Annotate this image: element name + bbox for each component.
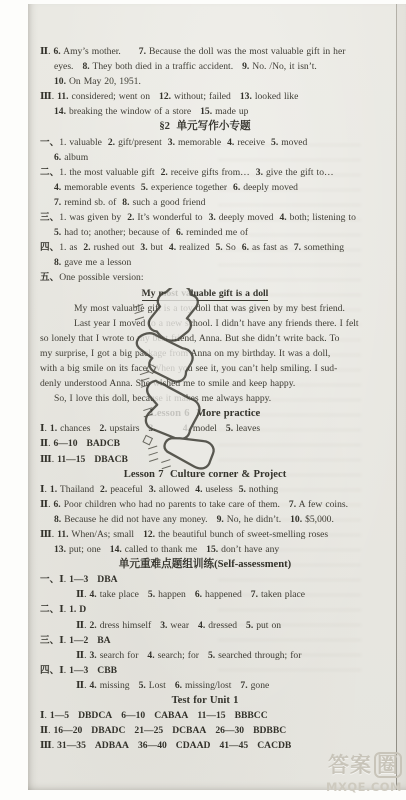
section-heading: 单元重难点题组训练(Self-assessment)	[40, 557, 370, 572]
answer-line: 14. breaking the window of a store 15. m…	[54, 104, 370, 119]
answer-line: 二、1. the most valuable gift 2. receive g…	[40, 165, 370, 180]
answer-line: 8. gave me a lesson	[54, 255, 370, 270]
answer-line: Ⅲ. 11. When/As; small 12. the beautiful …	[40, 527, 370, 542]
essay-title: My most valuable gift is a doll	[40, 286, 370, 301]
answer-line: 4. memorable events 5. experience togeth…	[54, 180, 370, 195]
answer-line: Ⅱ. 6—10 BADCB	[40, 436, 370, 451]
answer-line: 五、One possible version:	[40, 270, 370, 285]
answer-line: Ⅱ. 4. take place 5. happen 6. happened 7…	[76, 587, 370, 602]
answer-line: 一、1. valuable 2. gift/present 3. memorab…	[40, 135, 370, 150]
section-heading: Test for Unit 1	[40, 693, 370, 708]
watermark-circle-char: 圈	[374, 752, 402, 778]
answer-line: my surprise, I got a big package from An…	[40, 346, 370, 361]
answer-line: Ⅲ. 31—35 ADBAA 36—40 CDAAD 41—45 CACDB	[40, 738, 370, 753]
scanned-page-screenshot: Ⅱ. 6. Amy’s mother. 7. Because the doll …	[0, 0, 406, 800]
answer-line: So, I love this doll, because it makes m…	[54, 391, 370, 406]
answer-line: Ⅱ. 6. Poor children who had no parents t…	[40, 497, 370, 512]
answer-text-column: Ⅱ. 6. Amy’s mother. 7. Because the doll …	[40, 44, 370, 753]
section-heading: §2 单元写作小专题	[40, 119, 370, 134]
answer-line: Ⅱ. 16—20 DBADC 21—25 DCBAA 26—30 BDBBC	[40, 723, 370, 738]
watermark-brand-text: 答案	[328, 753, 372, 777]
answer-line: 13. put; one 14. called to thank me 15. …	[54, 542, 370, 557]
answer-line: My most valuable gift is a toy doll that…	[40, 301, 370, 316]
answer-line: with a big smile on its face. When you s…	[40, 361, 370, 376]
answer-line: 10. On May 20, 1951.	[54, 74, 370, 89]
answer-line: 8. Because he did not have any money. 9.…	[54, 512, 370, 527]
answer-line: 一、Ⅰ. 1—3 DBA	[40, 572, 370, 587]
answer-line: Ⅱ. 6. Amy’s mother. 7. Because the doll …	[40, 44, 370, 59]
answer-line: Ⅰ. 1. chances 2. upstairs 3. 4. model 5.…	[40, 421, 370, 436]
answer-line: 二、Ⅰ. 1. D	[40, 602, 370, 617]
answer-line: 6. album	[54, 150, 370, 165]
answer-line: Ⅱ. 2. dress himself 3. wear 4. dressed 5…	[76, 618, 370, 633]
page-fold-line	[396, 4, 397, 790]
answer-line: 三、1. was given by 2. It’s wonderful to 3…	[40, 210, 370, 225]
section-heading: Lesson 7 Culture corner & Project	[40, 467, 370, 482]
answer-line: so lonely that I wrote to my best friend…	[40, 331, 370, 346]
answer-line: 三、Ⅰ. 1—2 BA	[40, 633, 370, 648]
answer-line: Ⅲ. 11. considered; went on 12. without; …	[40, 89, 370, 104]
answer-line: Ⅱ. 3. search for 4. search; for 5. searc…	[76, 648, 370, 663]
answer-line: 7. remind sb. of 8. such a good friend	[54, 195, 370, 210]
answer-line: 四、1. as 2. rushed out 3. but 4. realized…	[40, 240, 370, 255]
watermark-logo: 答案圈	[326, 752, 402, 778]
section-heading: Lesson 6 More practice	[40, 406, 370, 421]
page-right-margin-strip	[397, 4, 406, 790]
answer-line: 四、Ⅰ. 1—3 CBB	[40, 663, 370, 678]
answer-line: 5. had to; another; because of 6. remind…	[54, 225, 370, 240]
answer-line: denly understood Anna. She wished me to …	[40, 376, 370, 391]
watermark: 答案圈 MXQE.COM	[326, 752, 402, 794]
answer-line: Ⅱ. 4. missing 5. Lost 6. missing/lost 7.…	[76, 678, 370, 693]
answer-line: Ⅰ. 1—5 DBDCA 6—10 CABAA 11—15 BBBCC	[40, 708, 370, 723]
answer-line: Ⅲ. 11—15 DBACB	[40, 452, 370, 467]
answer-line: Last year I moved to a new school. I did…	[40, 316, 370, 331]
watermark-site-url: MXQE.COM	[326, 780, 402, 794]
answer-line: Ⅰ. 1. Thailand 2. peaceful 3. allowed 4.…	[40, 482, 370, 497]
answer-line: eyes. 8. They both died in a traffic acc…	[54, 59, 370, 74]
